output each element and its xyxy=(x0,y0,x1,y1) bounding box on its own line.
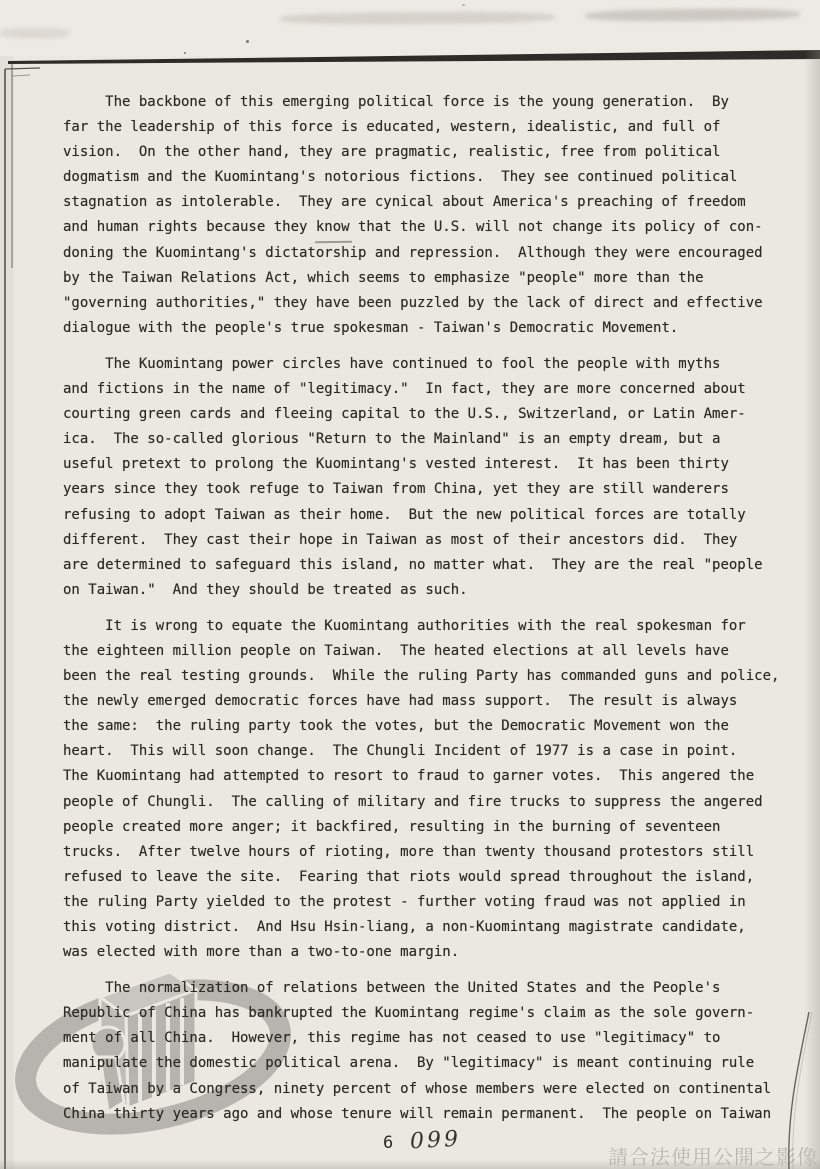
page-crease-line xyxy=(0,0,820,1169)
scanned-document: The backbone of this emerging political … xyxy=(0,0,820,1169)
